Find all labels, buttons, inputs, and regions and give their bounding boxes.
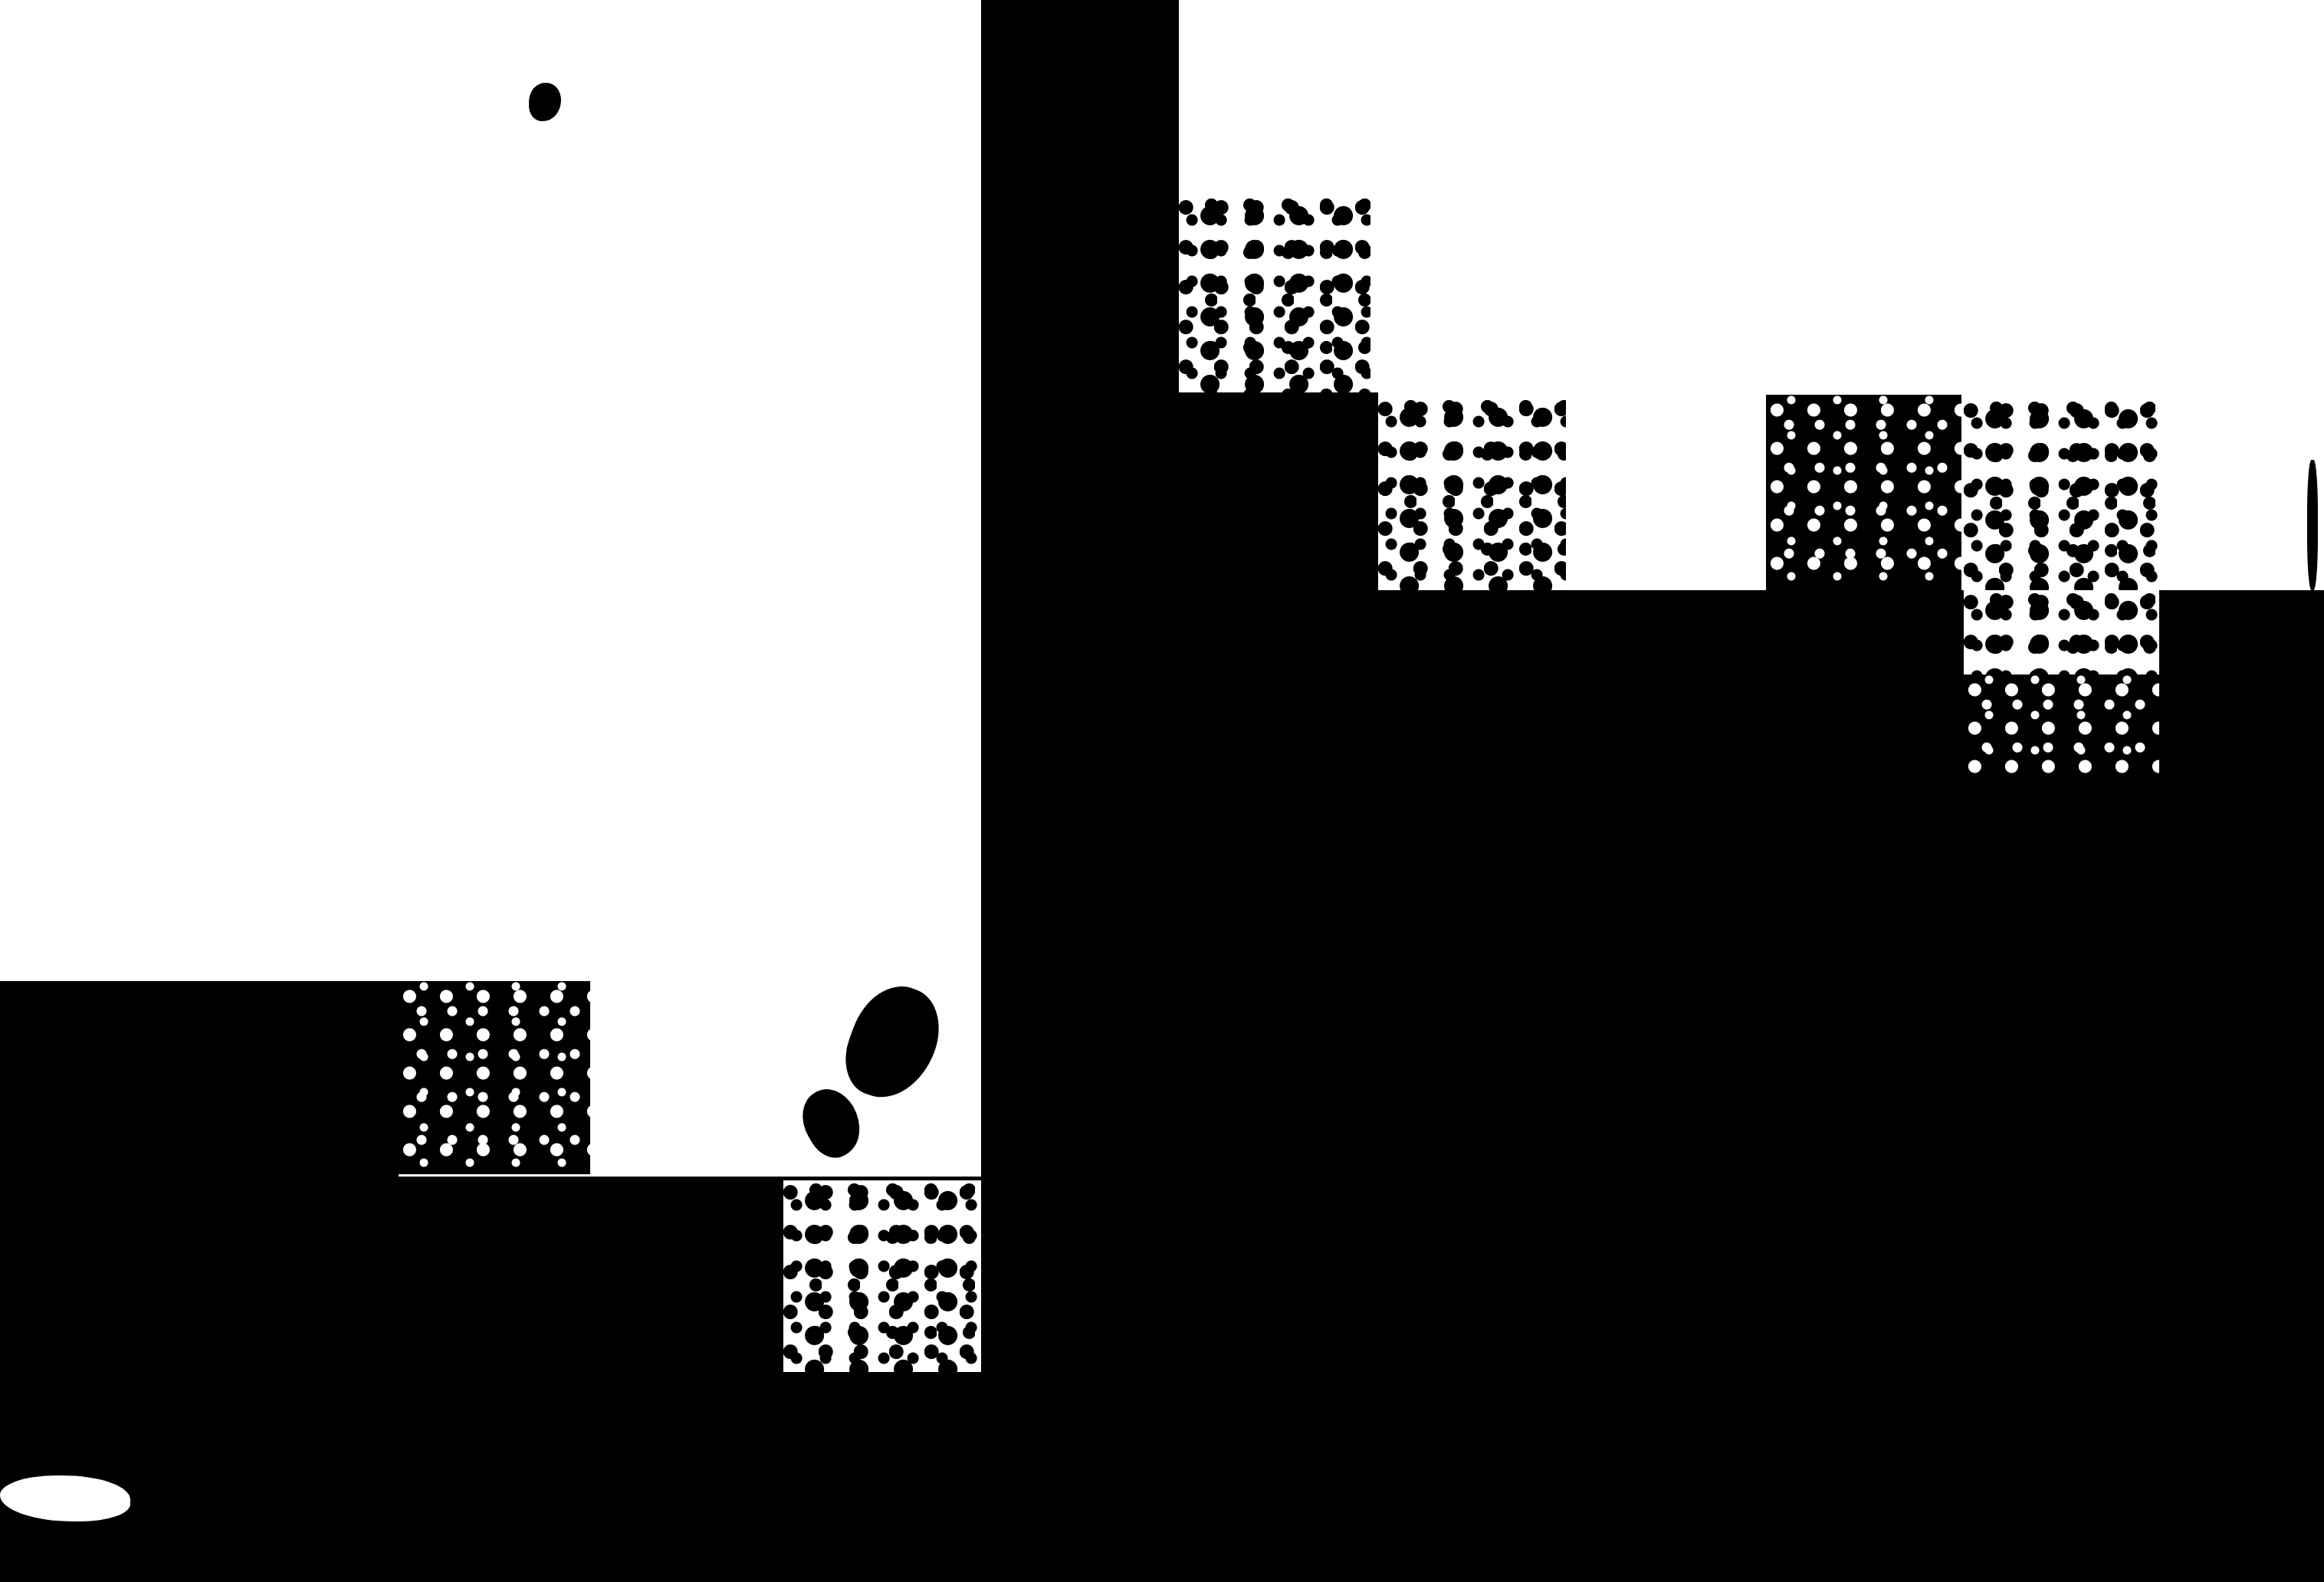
- texture-patch: [1964, 399, 2162, 590]
- texture-patch: [783, 1180, 981, 1372]
- texture-patch: [1378, 397, 1566, 590]
- texture-patch: [1766, 395, 1961, 590]
- dark-blob: [791, 1080, 872, 1167]
- binarized-image: [0, 0, 2324, 1582]
- texture-patch: [1964, 674, 2159, 780]
- dark-blob: [529, 83, 561, 121]
- texture-patch: [399, 981, 590, 1174]
- dark-spike: [2307, 460, 2318, 590]
- dark-column: [981, 0, 1179, 1582]
- dark-blob: [834, 974, 953, 1111]
- right-step-3: [2162, 590, 2324, 1582]
- texture-patch: [1179, 195, 1370, 392]
- right-step-1: [1179, 392, 1378, 1582]
